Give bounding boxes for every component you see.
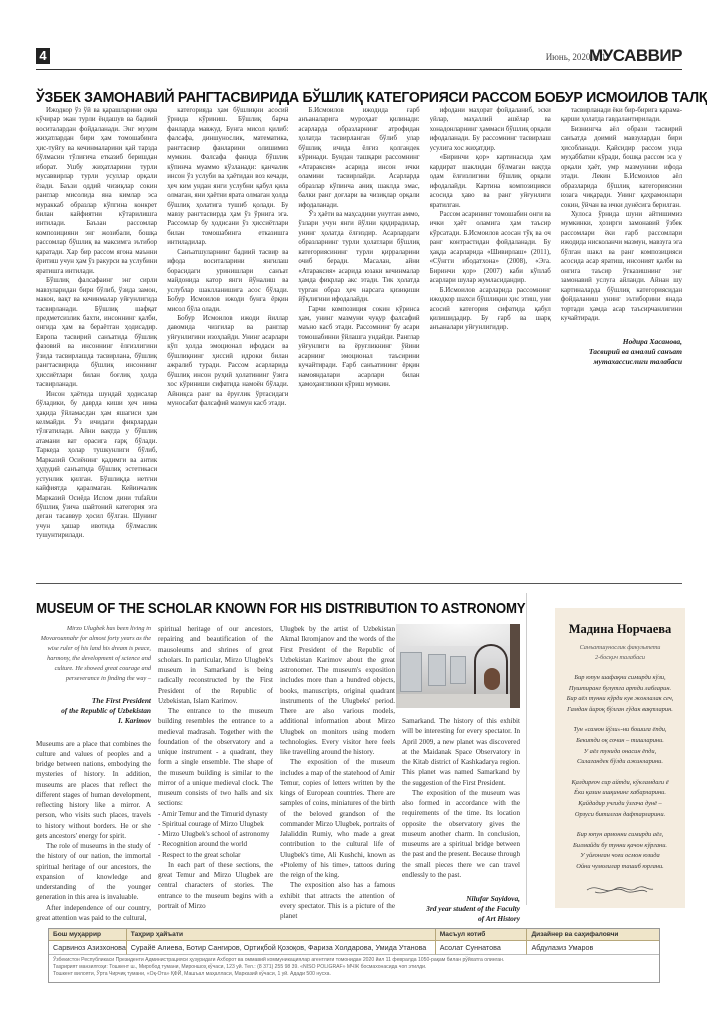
poem-line: Пуштиранг булутга артди лабларин. xyxy=(555,684,685,695)
imprint-note: Тошкент вилояти, Ўрта Чирчиқ тумани, «Оқ… xyxy=(53,971,655,978)
value-cell: Сарвиноз Азизхонова xyxy=(49,941,127,955)
paragraph: «Биринчи қор» картинасида ҳам кардират ш… xyxy=(430,153,551,210)
paragraph: Санъатшуларнинг бадиий тасвир ва ифода в… xyxy=(167,248,288,314)
imprint-values-row: Сарвиноз Азизхонова Сурайё Алиева, Ботир… xyxy=(49,941,659,955)
article-uz-column-3: Б.Исмоилов ижодида ғарб анъаналарига мур… xyxy=(298,106,419,571)
paragraph: The exposition also has a famous exhibit… xyxy=(280,880,395,921)
article-uz-signature: Нодира Хасанова, Тасвирий ва амалий санъ… xyxy=(561,337,682,367)
article-uz-column-5: тасвирланади ёки бир-бирига қарама-қарши… xyxy=(561,106,682,571)
poem-line: У уйғонган чоғи осмон юзида xyxy=(555,851,685,862)
list-item: - Amir Temur and the Timurid dynasty xyxy=(158,809,273,819)
header-cell: Бош муҳаррир xyxy=(49,929,127,940)
paragraph: Рассом асарининг томошабин онги ва ички … xyxy=(430,210,551,286)
section-divider xyxy=(36,583,682,584)
poem-line: Орзуси битилган дафтарларини. xyxy=(555,810,685,821)
poem-line: Бир юпун шафақни симирди кўзи, xyxy=(555,673,685,684)
paragraph: Samarkand. The history of this exhibit w… xyxy=(402,716,520,788)
header-cell: Таҳрир ҳайъати xyxy=(127,929,436,940)
author-name: Nilufar Sayidova, xyxy=(402,894,520,904)
poem-stanza: Қалдирғоч сир айтди, кўкламдаги ё Ёки қа… xyxy=(555,778,685,820)
paragraph: Б.Исмоилов асарларида рассомнинг ижодкор… xyxy=(430,286,551,333)
paragraph: Museums are a place that combines the cu… xyxy=(36,739,151,842)
article-en-title: MUSEUM OF THE SCHOLAR KNOWN FOR HIS DIST… xyxy=(36,600,458,617)
article-en-column-4: Samarkand. The history of this exhibit w… xyxy=(402,716,520,925)
imprint-notes: Ўзбекистон Республикаси Президенти Админ… xyxy=(49,955,659,982)
poem-subtitle: 2-босқич талабаси xyxy=(555,653,685,663)
paragraph: Ўз ҳаёти ва маҳсадини унутган аммо, ўзла… xyxy=(298,210,419,305)
column-divider xyxy=(526,593,527,905)
paragraph: Инсон ҳаётида шундай ҳодисалар бўладики,… xyxy=(36,390,157,541)
paragraph: The role of museums in the study of the … xyxy=(36,841,151,903)
article-uz-column-2: категорияда ҳам бўшлиқни асосий ўрнида к… xyxy=(167,106,288,571)
poem-author-affiliation: Санъатшунослик факультети 2-босқич талаб… xyxy=(555,643,685,663)
poem-line: Қайдадир учгиди ўзгача дунё – xyxy=(555,799,685,810)
paragraph: After independence of our country, great… xyxy=(36,903,151,924)
museum-interior-photo xyxy=(396,624,520,708)
paragraph: The exposition of the museum includes a … xyxy=(280,757,395,880)
article-uz-column-1: Ижодкор ўз ўй ва қарашларини оқва кўчира… xyxy=(36,106,157,571)
list-item: - Respect to the great scholar xyxy=(158,850,273,860)
poem-box: Мадина Норчаева Санъатшунослик факультет… xyxy=(555,608,685,908)
poem-stanza: Бир юпун армонни симирди аёл, Билмайди б… xyxy=(555,830,685,872)
poem-line: Ойни чумолилар ташиб юргани. xyxy=(555,862,685,873)
newspaper-logo: МУСАВВИР xyxy=(589,46,682,66)
poem-line: Тун «самон йўли»-ни бошига ёпди, xyxy=(555,725,685,736)
masthead: 4 Июнь, 2020 N.11 МУСАВВИР xyxy=(36,46,682,70)
poem-author: Мадина Норчаева xyxy=(555,622,685,637)
poem-line: Ёки қазин ишқининг хабарларини. xyxy=(555,788,685,799)
paragraph: Б.Исмоилов ижодида ғарб анъаналарига мур… xyxy=(298,106,419,210)
header-cell: Дизайнер ва саҳифаловчи xyxy=(527,929,659,940)
imprint-header-row: Бош муҳаррир Таҳрир ҳайъати Масъул котиб… xyxy=(49,929,659,941)
paragraph: spiritual heritage of our ancestors, rep… xyxy=(158,624,273,706)
paragraph: Бобур Исмоилов ижоди йиллар давомида чиз… xyxy=(167,314,288,409)
author-name: Нодира Хасанова, xyxy=(561,337,682,347)
value-cell: Асолат Суннатова xyxy=(436,941,528,955)
epigraph-sig-line: I. Karimov xyxy=(36,716,151,726)
article-uz-column-4: ифодани маҳорат фойдаланиб, эски уйлар, … xyxy=(430,106,551,571)
article-en-column-2: spiritual heritage of our ancestors, rep… xyxy=(158,624,273,911)
poem-line: Қалдирғоч сир айтди, кўкламдаги ё xyxy=(555,778,685,789)
article-uz-title: ЎЗБЕК ЗАМОНАВИЙ РАНГТАСВИРИДА БЎШЛИҚ КАТ… xyxy=(36,89,637,106)
poem-line: Бир аёл тунни кўрди кув жонлалак сеч, xyxy=(555,694,685,705)
poem-line: Бир юпун армонни симирди аёл, xyxy=(555,830,685,841)
poem-line: Гамдан йироқ бўлган гўдак вақтларин. xyxy=(555,705,685,716)
poem-stanza: Бир юпун шафақни симирди кўзи, Пуштиранг… xyxy=(555,673,685,715)
author-title: of Art History xyxy=(402,914,520,924)
value-cell: Абдулазиз Умаров xyxy=(527,941,659,955)
article-en-column-1: Mirzo Ulugbek has been living in Movarou… xyxy=(36,624,151,923)
paragraph: категорияда ҳам бўшлиқни асосий ўрнида к… xyxy=(167,106,288,248)
article-uz-body: Ижодкор ўз ўй ва қарашларини оқва кўчира… xyxy=(36,106,682,571)
article-en-column-3: Ulugbek by the artist of Uzbekistan Akma… xyxy=(280,624,395,921)
value-cell: Сурайё Алиева, Ботир Сангиров, Ортиқбой … xyxy=(127,941,436,955)
paragraph: Ижодкор ўз ўй ва қарашларини оқва кўчира… xyxy=(36,106,157,276)
epigraph-sig-line: of the Republic of Uzbekistan xyxy=(36,706,151,716)
author-title: Тасвирий ва амалий санъат xyxy=(561,347,682,357)
flourish-ornament-icon xyxy=(585,881,655,897)
page-number: 4 xyxy=(36,48,50,64)
paragraph: Хулоса ўрнида шуни айтишимиз мумкинки, ҳ… xyxy=(561,210,682,323)
article-en-signature: Nilufar Sayidova, 3rd year student of th… xyxy=(402,894,520,925)
list-item: - Mirzo Ulugbek's school of astronomy xyxy=(158,829,273,839)
paragraph: The entrance to the museum building rese… xyxy=(158,706,273,809)
paragraph: The exposition of the museum was also fo… xyxy=(402,788,520,880)
header-cell: Масъул котиб xyxy=(436,929,528,940)
epigraph-signature: The First President of the Republic of U… xyxy=(36,696,151,727)
list-item: - Spiritual courage of Mirzo Ulugbek xyxy=(158,819,273,829)
paragraph: Бўшлиқ фалсафаинг энг сирли мавзуларидан… xyxy=(36,276,157,389)
paragraph: ифодани маҳорат фойдаланиб, эски уйлар, … xyxy=(430,106,551,153)
paragraph: тасвирланади ёки бир-бирига қарама-қарши… xyxy=(561,106,682,125)
author-title: мутахассислиги талабаси xyxy=(561,357,682,367)
poem-line: Билмайди бу тунни қачон кўргани. xyxy=(555,841,685,852)
paragraph: Гарчи композиция сокин кўринса ҳам, унин… xyxy=(298,305,419,390)
article-en-body: Mirzo Ulugbek has been living in Movarou… xyxy=(36,624,520,914)
epigraph: Mirzo Ulugbek has been living in Movarou… xyxy=(36,624,151,684)
paragraph: In each part of these sections, the grea… xyxy=(158,860,273,911)
poem-line: Силагандек бўлди ажинларини. xyxy=(555,757,685,768)
paragraph: Ulugbek by the artist of Uzbekistan Akma… xyxy=(280,624,395,757)
imprint-table: Бош муҳаррир Таҳрир ҳайъати Масъул котиб… xyxy=(48,928,660,983)
author-title: 3rd year student of the Faculty xyxy=(402,904,520,914)
poem-line: Бекитди оқ сочин – тишларини. xyxy=(555,736,685,747)
list-item: - Recognition around the world xyxy=(158,839,273,849)
poem-line: У аёл тунида онасин ёпди, xyxy=(555,747,685,758)
epigraph-sig-line: The First President xyxy=(36,696,151,706)
poem-subtitle: Санъатшунослик факультети xyxy=(555,643,685,653)
paragraph: Бизнингча аёл образи тасвирий санъатда д… xyxy=(561,125,682,210)
poem-stanza: Тун «самон йўли»-ни бошига ёпди, Бекитди… xyxy=(555,725,685,767)
